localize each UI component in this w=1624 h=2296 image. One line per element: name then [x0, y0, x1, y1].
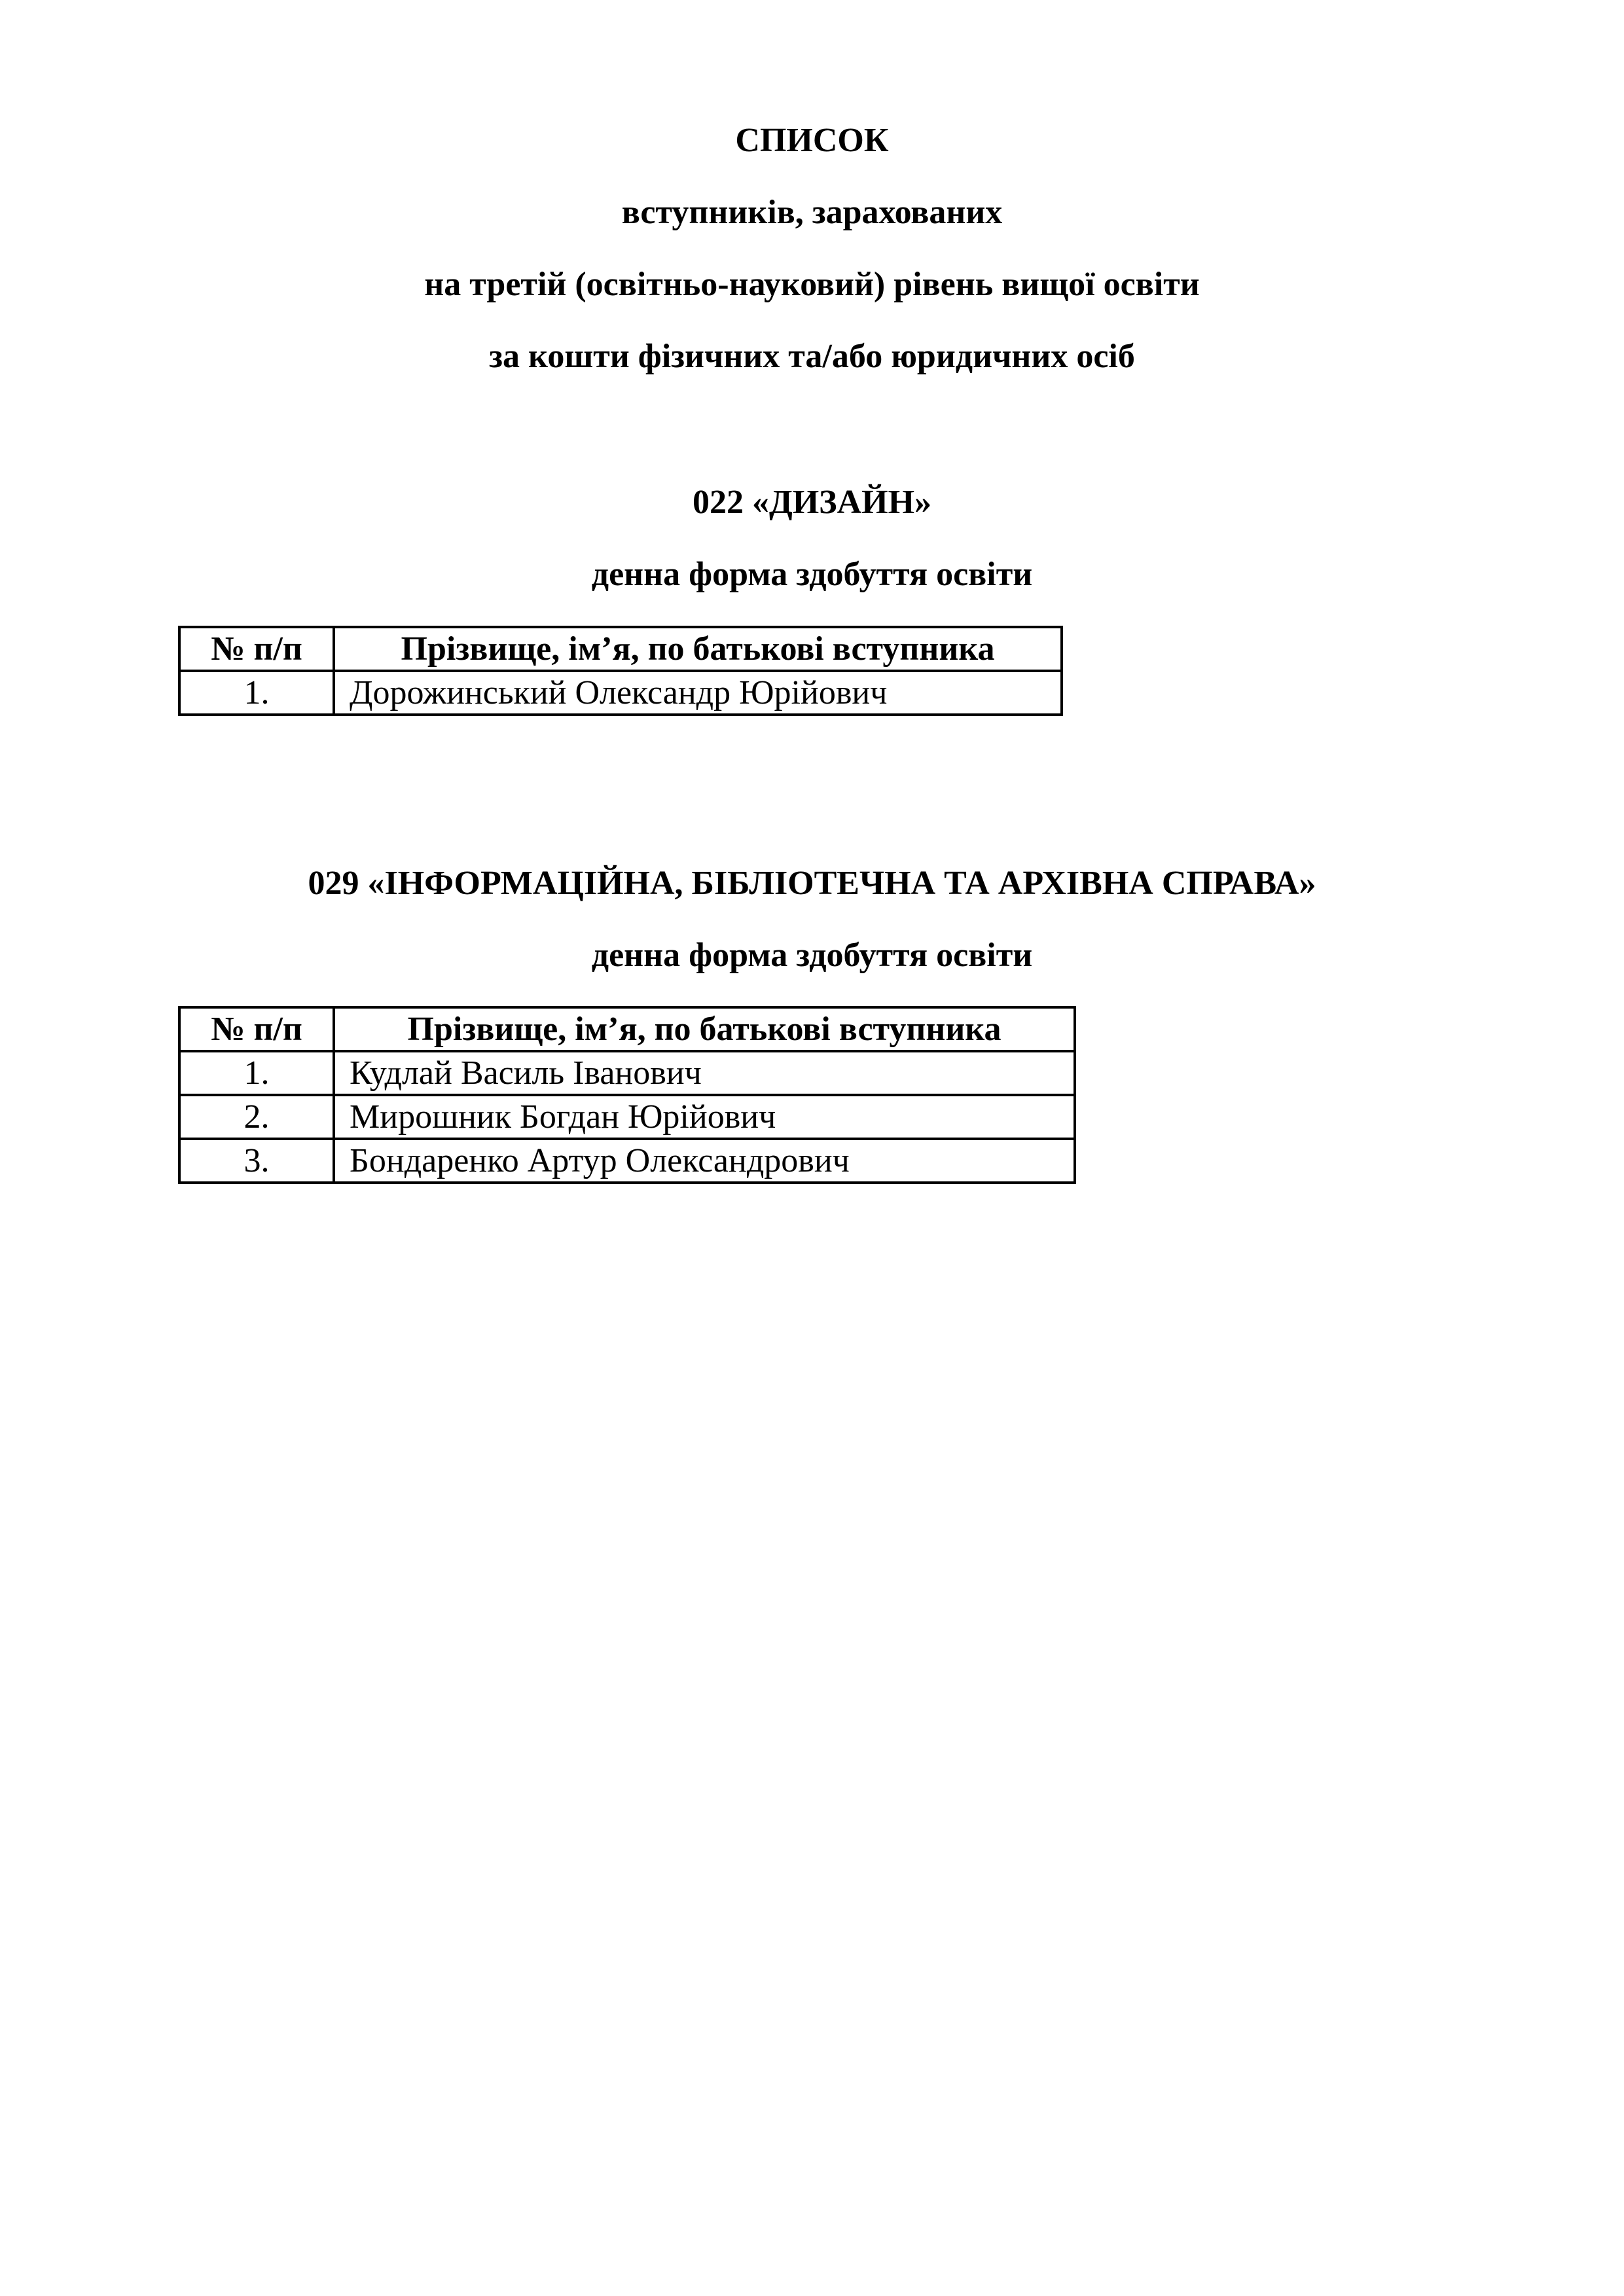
row-number: 1. — [179, 671, 334, 715]
title-subline-3: за кошти фізичних та/або юридичних осіб — [0, 337, 1624, 376]
row-number: 1. — [179, 1051, 334, 1095]
row-name: Мирошник Богдан Юрійович — [334, 1095, 1075, 1139]
section-heading-information: 029 «ІНФОРМАЦІЙНА, БІБЛІОТЕЧНА ТА АРХІВН… — [0, 864, 1624, 903]
row-number: 2. — [179, 1095, 334, 1139]
row-name: Дорожинський Олександр Юрійович — [334, 671, 1062, 715]
column-header-name: Прізвище, ім’я, по батькові вступника — [334, 1007, 1075, 1051]
title-subline-1: вступників, зарахованих — [0, 193, 1624, 232]
row-name: Кудлай Василь Іванович — [334, 1051, 1075, 1095]
section-form-information: денна форма здобуття освіти — [0, 936, 1624, 975]
section-form-design: денна форма здобуття освіти — [0, 555, 1624, 594]
table-header-row: № п/п Прізвище, ім’я, по батькові вступн… — [179, 627, 1062, 671]
table-row: 3. Бондаренко Артур Олександрович — [179, 1139, 1075, 1183]
section-heading-design: 022 «ДИЗАЙН» — [0, 483, 1624, 522]
document-title: СПИСОК — [0, 121, 1624, 160]
enrollees-table-design: № п/п Прізвище, ім’я, по батькові вступн… — [178, 626, 1063, 716]
table-row: 1. Кудлай Василь Іванович — [179, 1051, 1075, 1095]
row-name: Бондаренко Артур Олександрович — [334, 1139, 1075, 1183]
table-row: 2. Мирошник Богдан Юрійович — [179, 1095, 1075, 1139]
column-header-number: № п/п — [179, 627, 334, 671]
row-number: 3. — [179, 1139, 334, 1183]
table-row: 1. Дорожинський Олександр Юрійович — [179, 671, 1062, 715]
table-header-row: № п/п Прізвище, ім’я, по батькові вступн… — [179, 1007, 1075, 1051]
column-header-number: № п/п — [179, 1007, 334, 1051]
column-header-name: Прізвище, ім’я, по батькові вступника — [334, 627, 1062, 671]
title-subline-2: на третій (освітньо-науковий) рівень вищ… — [0, 265, 1624, 304]
enrollees-table-information: № п/п Прізвище, ім’я, по батькові вступн… — [178, 1006, 1076, 1184]
